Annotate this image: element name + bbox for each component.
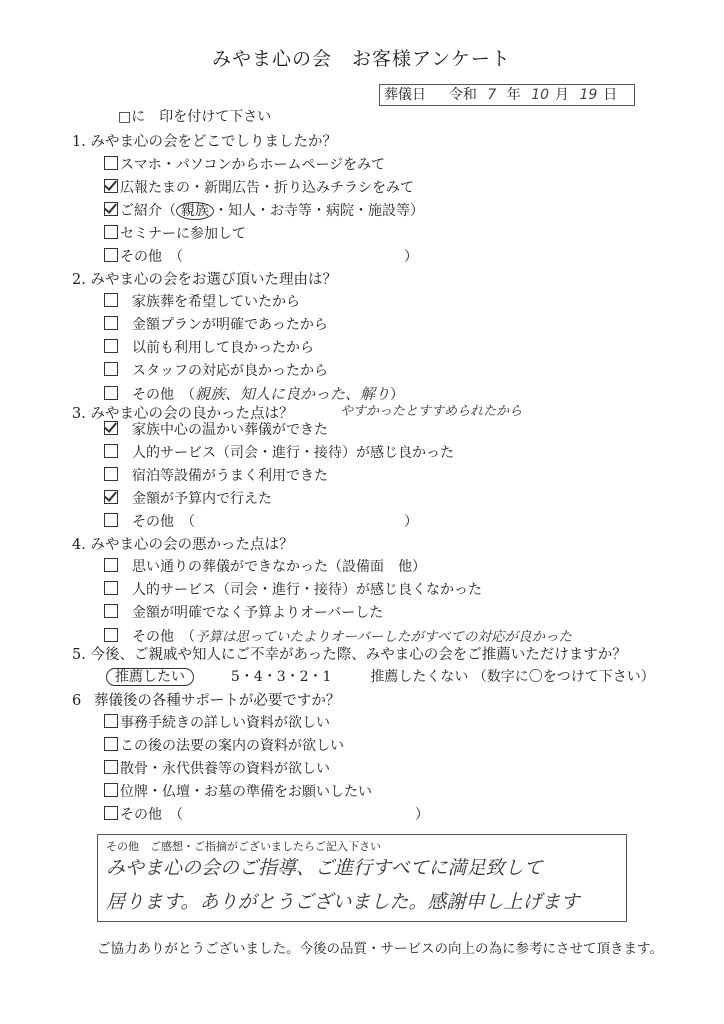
checkbox-checked[interactable] (104, 179, 118, 193)
date-month-value[interactable]: 10 (531, 87, 549, 103)
checkbox[interactable] (104, 467, 118, 481)
q1-option-referral[interactable]: ご紹介（親族・知人・お寺等・病院・施設等） (104, 200, 424, 220)
checkbox[interactable] (104, 248, 118, 262)
q4-option-not-as-wished[interactable]: 思い通りの葬儀ができなかった（設備面 他） (104, 556, 426, 576)
checkbox[interactable] (104, 714, 118, 728)
date-label: 葬儀日 (384, 87, 426, 103)
q5-recommend-scale: 推薦したい 5・4・3・2・1 推薦したくない （数字に〇をつけて下さい） (106, 666, 655, 686)
funeral-date-box: 葬儀日 令和 7 年 10月 19日 (379, 84, 635, 106)
instruction-text: □に 印を付けて下さい (118, 106, 271, 126)
checkbox-checked[interactable] (104, 421, 118, 435)
q1-other-close-paren: ） (404, 246, 418, 266)
q1-option-ads[interactable]: 広報たまの・新聞広告・折り込みチラシをみて (104, 177, 414, 197)
comments-handwritten-line-2: 居ります。ありがとうございました。感謝申し上げます (106, 887, 579, 914)
q6-option-memorial-info[interactable]: この後の法要の案内の資料が欲しい (104, 735, 344, 755)
q3-option-other[interactable]: その他 （ (104, 511, 195, 531)
q4-option-service-bad[interactable]: 人的サービス（司会・進行・接待）が感じ良くなかった (104, 579, 482, 599)
date-year-value[interactable]: 7 (487, 87, 496, 103)
date-era: 令和 (449, 87, 477, 103)
date-day-value[interactable]: 19 (579, 87, 597, 103)
recommend-positive-circled[interactable]: 推薦したい (106, 668, 194, 686)
scale-values[interactable]: 5・4・3・2・1 (231, 669, 332, 685)
checkbox-checked[interactable] (104, 490, 118, 504)
checkbox[interactable] (104, 293, 118, 307)
comments-handwritten-line-1: みやま心の会のご指導、ご進行すべてに満足致して (106, 853, 543, 880)
question-text: みやま心の会をどこでしりましたか？ (90, 134, 337, 150)
question-2: 2. みやま心の会をお選び頂いた理由は？ (72, 268, 337, 289)
question-6: 6 葬儀後の各種サポートが必要ですか？ (72, 689, 340, 710)
checkbox[interactable] (104, 628, 118, 642)
question-5: 5. 今後、ご親戚や知人にご不幸があった際、みやま心の会をご推薦いただけますか？ (72, 643, 627, 664)
checkbox[interactable] (104, 362, 118, 376)
checkbox[interactable] (104, 156, 118, 170)
circled-choice-relatives: 親族 (176, 202, 214, 220)
q6-option-altar-grave[interactable]: 位牌・仏壇・お墓の準備をお願いしたい (104, 781, 372, 801)
comments-box[interactable]: その他 ご感想・ご指摘がございましたらご記入下さい みやま心の会のご指導、ご進行… (97, 834, 627, 922)
question-number: 1. (72, 134, 86, 150)
q1-option-seminar[interactable]: セミナーに参加して (104, 223, 246, 243)
checkbox-checked[interactable] (104, 202, 118, 216)
checkbox[interactable] (104, 316, 118, 330)
survey-title: みやま心の会 お客様アンケート (212, 44, 511, 71)
checkbox[interactable] (104, 737, 118, 751)
q2-option-used-before[interactable]: 以前も利用して良かったから (104, 337, 314, 357)
checkbox[interactable] (104, 558, 118, 572)
q3-option-facilities[interactable]: 宿泊等設備がうまく利用できた (104, 465, 328, 485)
date-month-unit: 月 (555, 87, 569, 103)
question-4: 4. みやま心の会の悪かった点は？ (72, 533, 293, 554)
q6-other-close-paren: ） (415, 804, 429, 824)
q2-option-staff[interactable]: スタッフの対応が良かったから (104, 360, 328, 380)
date-day-unit: 日 (603, 87, 617, 103)
thank-you-footer: ご協力ありがとうございました。今後の品質・サービスの向上の為に参考にさせて頂きま… (97, 938, 697, 961)
checkbox[interactable] (104, 604, 118, 618)
comments-label: その他 ご感想・ご指摘がございましたらご記入下さい (106, 838, 381, 854)
scale-note: （数字に〇をつけて下さい） (473, 669, 655, 685)
date-year-unit: 年 (507, 87, 521, 103)
q3-option-service-good[interactable]: 人的サービス（司会・進行・接待）が感じ良かった (104, 442, 454, 462)
q2-option-clear-price[interactable]: 金額プランが明確であったから (104, 314, 328, 334)
q3-other-close-paren: ） (404, 511, 418, 531)
checkbox[interactable] (104, 783, 118, 797)
q1-option-other[interactable]: その他 （ (104, 246, 183, 266)
checkbox[interactable] (104, 513, 118, 527)
q6-option-other[interactable]: その他 （ (104, 804, 183, 824)
handwritten-answer-continued: やすかったとすすめられたから (340, 400, 522, 419)
checkbox[interactable] (104, 225, 118, 239)
checkbox[interactable] (104, 339, 118, 353)
q4-option-over-budget[interactable]: 金額が明確でなく予算よりオーバーした (104, 602, 383, 622)
checkbox[interactable] (104, 806, 118, 820)
q6-option-procedures[interactable]: 事務手続きの詳しい資料が欲しい (104, 712, 330, 732)
q2-option-family-funeral[interactable]: 家族葬を希望していたから (104, 291, 300, 311)
q3-option-warm-funeral[interactable]: 家族中心の温かい葬儀ができた (104, 419, 328, 439)
checkbox[interactable] (104, 760, 118, 774)
checkbox[interactable] (104, 581, 118, 595)
checkbox[interactable] (104, 444, 118, 458)
checkbox[interactable] (104, 386, 118, 400)
question-1: 1. みやま心の会をどこでしりましたか？ (72, 130, 337, 151)
q6-option-scattering[interactable]: 散骨・永代供養等の資料が欲しい (104, 758, 330, 778)
q1-option-homepage[interactable]: スマホ・パソコンからホームページをみて (104, 154, 385, 174)
q3-option-within-budget[interactable]: 金額が予算内で行えた (104, 488, 272, 508)
recommend-negative[interactable]: 推薦したくない (370, 669, 468, 685)
